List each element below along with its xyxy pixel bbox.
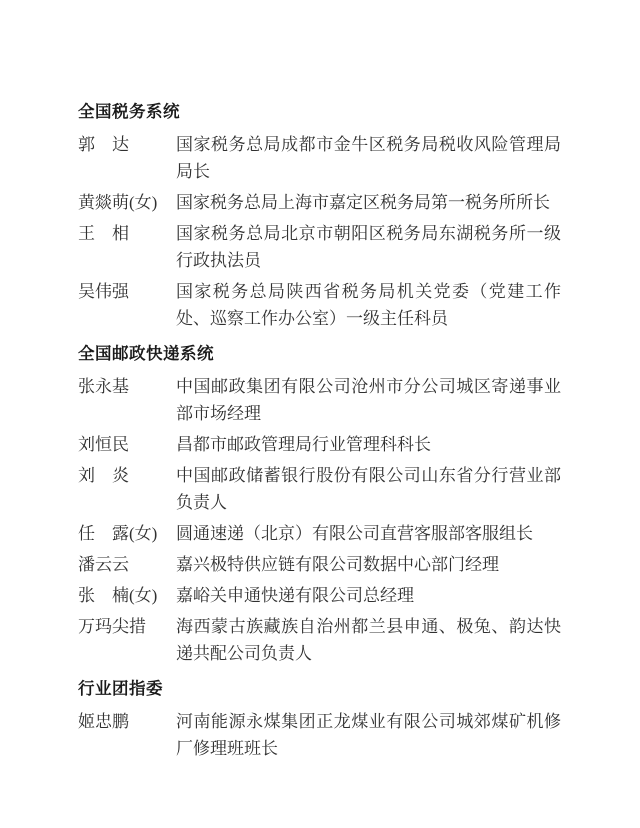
entry-position: 国家税务总局陕西省税务局机关党委（党建工作处、巡察工作办公室）一级主任科员	[176, 278, 561, 332]
section-1: 全国税务系统郭 达国家税务总局成都市金牛区税务局税收风险管理局局长黄燚萌(女)国…	[78, 98, 563, 332]
entry-name: 张 楠(女)	[78, 582, 176, 609]
entry-position: 国家税务总局上海市嘉定区税务局第一税务所所长	[176, 189, 561, 216]
entry-name: 潘云云	[78, 551, 176, 578]
entry-row: 郭 达国家税务总局成都市金牛区税务局税收风险管理局局长	[78, 131, 563, 185]
entry-row: 王 相国家税务总局北京市朝阳区税务局东湖税务所一级行政执法员	[78, 220, 563, 274]
award-list: 全国税务系统郭 达国家税务总局成都市金牛区税务局税收风险管理局局长黄燚萌(女)国…	[78, 98, 563, 762]
entry-position: 国家税务总局成都市金牛区税务局税收风险管理局局长	[176, 131, 561, 185]
entry-row: 张 楠(女)嘉峪关申通快递有限公司总经理	[78, 582, 563, 609]
entry-position: 海西蒙古族藏族自治州都兰县申通、极兔、韵达快递共配公司负责人	[176, 613, 561, 667]
entry-row: 刘恒民昌都市邮政管理局行业管理科科长	[78, 431, 563, 458]
entry-row: 黄燚萌(女)国家税务总局上海市嘉定区税务局第一税务所所长	[78, 189, 563, 216]
entry-row: 姬忠鹏河南能源永煤集团正龙煤业有限公司城郊煤矿机修厂修理班班长	[78, 708, 563, 762]
entry-name: 刘 炎	[78, 462, 176, 489]
entry-row: 任 露(女)圆通速递（北京）有限公司直营客服部客服组长	[78, 520, 563, 547]
document-page: 全国税务系统郭 达国家税务总局成都市金牛区税务局税收风险管理局局长黄燚萌(女)国…	[0, 0, 640, 828]
entry-position: 圆通速递（北京）有限公司直营客服部客服组长	[176, 520, 561, 547]
entry-row: 万玛尖措海西蒙古族藏族自治州都兰县申通、极兔、韵达快递共配公司负责人	[78, 613, 563, 667]
entry-row: 吴伟强国家税务总局陕西省税务局机关党委（党建工作处、巡察工作办公室）一级主任科员	[78, 278, 563, 332]
section-title: 全国税务系统	[78, 98, 563, 126]
entry-name: 张永基	[78, 373, 176, 400]
entry-row: 张永基中国邮政集团有限公司沧州市分公司城区寄递事业部市场经理	[78, 373, 563, 427]
entry-name: 刘恒民	[78, 431, 176, 458]
section-title: 行业团指委	[78, 675, 563, 703]
entry-position: 中国邮政集团有限公司沧州市分公司城区寄递事业部市场经理	[176, 373, 561, 427]
entry-name: 万玛尖措	[78, 613, 176, 640]
entry-name: 黄燚萌(女)	[78, 189, 176, 216]
entry-name: 姬忠鹏	[78, 708, 176, 735]
entry-position: 中国邮政储蓄银行股份有限公司山东省分行营业部负责人	[176, 462, 561, 516]
section-3: 行业团指委姬忠鹏河南能源永煤集团正龙煤业有限公司城郊煤矿机修厂修理班班长	[78, 675, 563, 762]
entry-name: 王 相	[78, 220, 176, 247]
entry-row: 刘 炎中国邮政储蓄银行股份有限公司山东省分行营业部负责人	[78, 462, 563, 516]
entry-name: 吴伟强	[78, 278, 176, 305]
entry-position: 河南能源永煤集团正龙煤业有限公司城郊煤矿机修厂修理班班长	[176, 708, 561, 762]
entry-position: 国家税务总局北京市朝阳区税务局东湖税务所一级行政执法员	[176, 220, 561, 274]
section-2: 全国邮政快递系统张永基中国邮政集团有限公司沧州市分公司城区寄递事业部市场经理刘恒…	[78, 340, 563, 667]
entry-name: 郭 达	[78, 131, 176, 158]
entry-name: 任 露(女)	[78, 520, 176, 547]
entry-position: 嘉峪关申通快递有限公司总经理	[176, 582, 561, 609]
entry-row: 潘云云嘉兴极特供应链有限公司数据中心部门经理	[78, 551, 563, 578]
section-title: 全国邮政快递系统	[78, 340, 563, 368]
entry-position: 嘉兴极特供应链有限公司数据中心部门经理	[176, 551, 561, 578]
entry-position: 昌都市邮政管理局行业管理科科长	[176, 431, 561, 458]
